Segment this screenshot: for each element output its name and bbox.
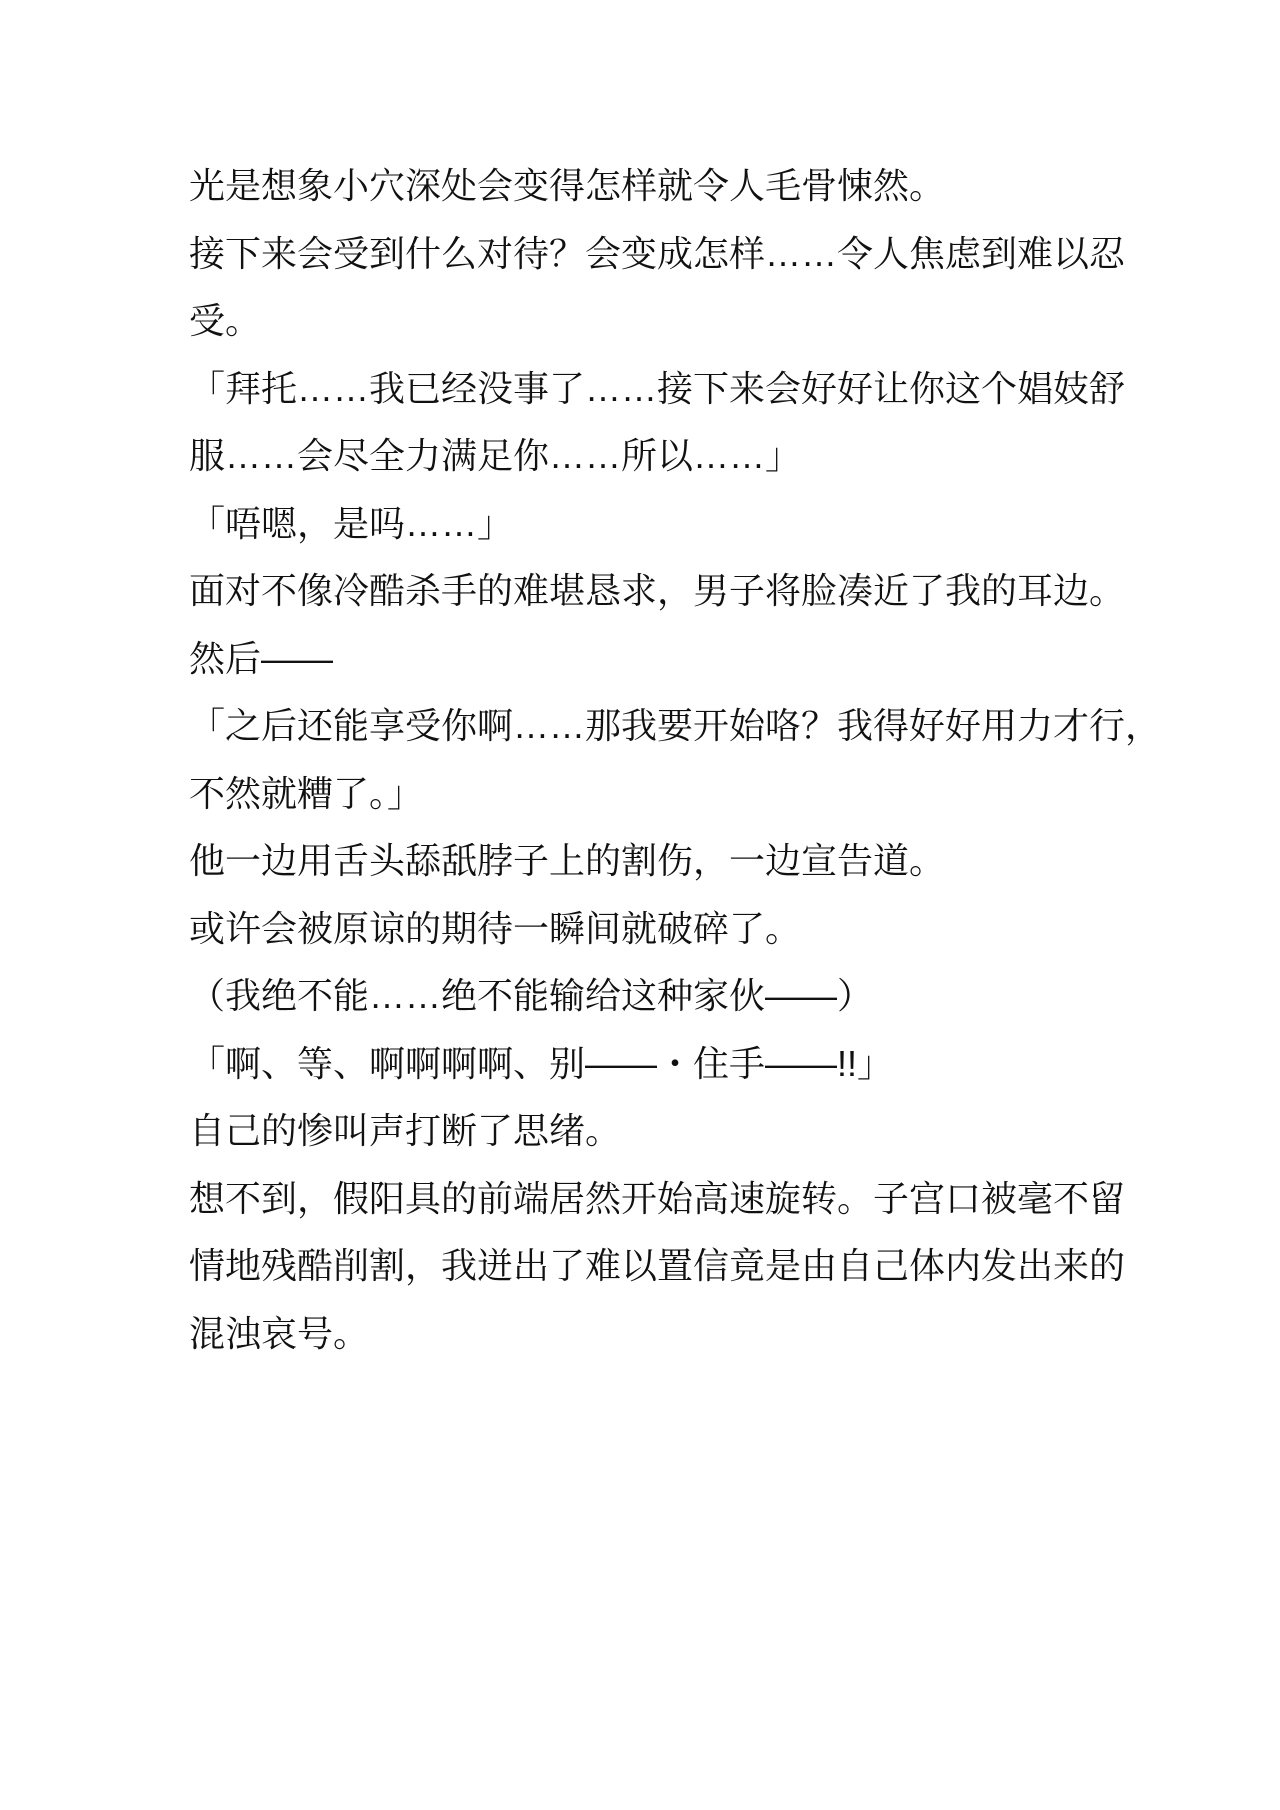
text-line: 不然就糟了。」	[189, 760, 1149, 828]
document-page: 光是想象小穴深处会变得怎样就令人毛骨悚然。 接下来会受到什么对待？会变成怎样………	[0, 0, 1280, 1810]
text-line: （我绝不能……绝不能输给这种家伙——）	[189, 962, 1149, 1030]
text-line: 「拜托……我已经没事了……接下来会好好让你这个娼妓舒	[189, 355, 1149, 423]
text-line: 光是想象小穴深处会变得怎样就令人毛骨悚然。	[189, 152, 1149, 220]
text-block: 光是想象小穴深处会变得怎样就令人毛骨悚然。 接下来会受到什么对待？会变成怎样………	[189, 152, 1149, 1367]
text-line: 想不到，假阳具的前端居然开始高速旋转。子宫口被毫不留	[189, 1165, 1149, 1233]
text-line: 受。	[189, 287, 1149, 355]
text-line: 情地残酷削割，我迸出了难以置信竟是由自己体内发出来的	[189, 1232, 1149, 1300]
text-line: 面对不像冷酷杀手的难堪恳求，男子将脸凑近了我的耳边。	[189, 557, 1149, 625]
text-line: 服……会尽全力满足你……所以……」	[189, 422, 1149, 490]
text-line: 然后——	[189, 625, 1149, 693]
text-line: 「之后还能享受你啊……那我要开始咯？我得好好用力才行，	[189, 692, 1149, 760]
text-line: 或许会被原谅的期待一瞬间就破碎了。	[189, 895, 1149, 963]
text-line: 他一边用舌头舔舐脖子上的割伤，一边宣告道。	[189, 827, 1149, 895]
text-line: 「唔嗯，是吗……」	[189, 490, 1149, 558]
text-line: 自己的惨叫声打断了思绪。	[189, 1097, 1149, 1165]
text-line: 接下来会受到什么对待？会变成怎样……令人焦虑到难以忍	[189, 220, 1149, 288]
text-line: 「啊、等、啊啊啊啊、别——・住手——!!」	[189, 1030, 1149, 1098]
text-line: 混浊哀号。	[189, 1300, 1149, 1368]
